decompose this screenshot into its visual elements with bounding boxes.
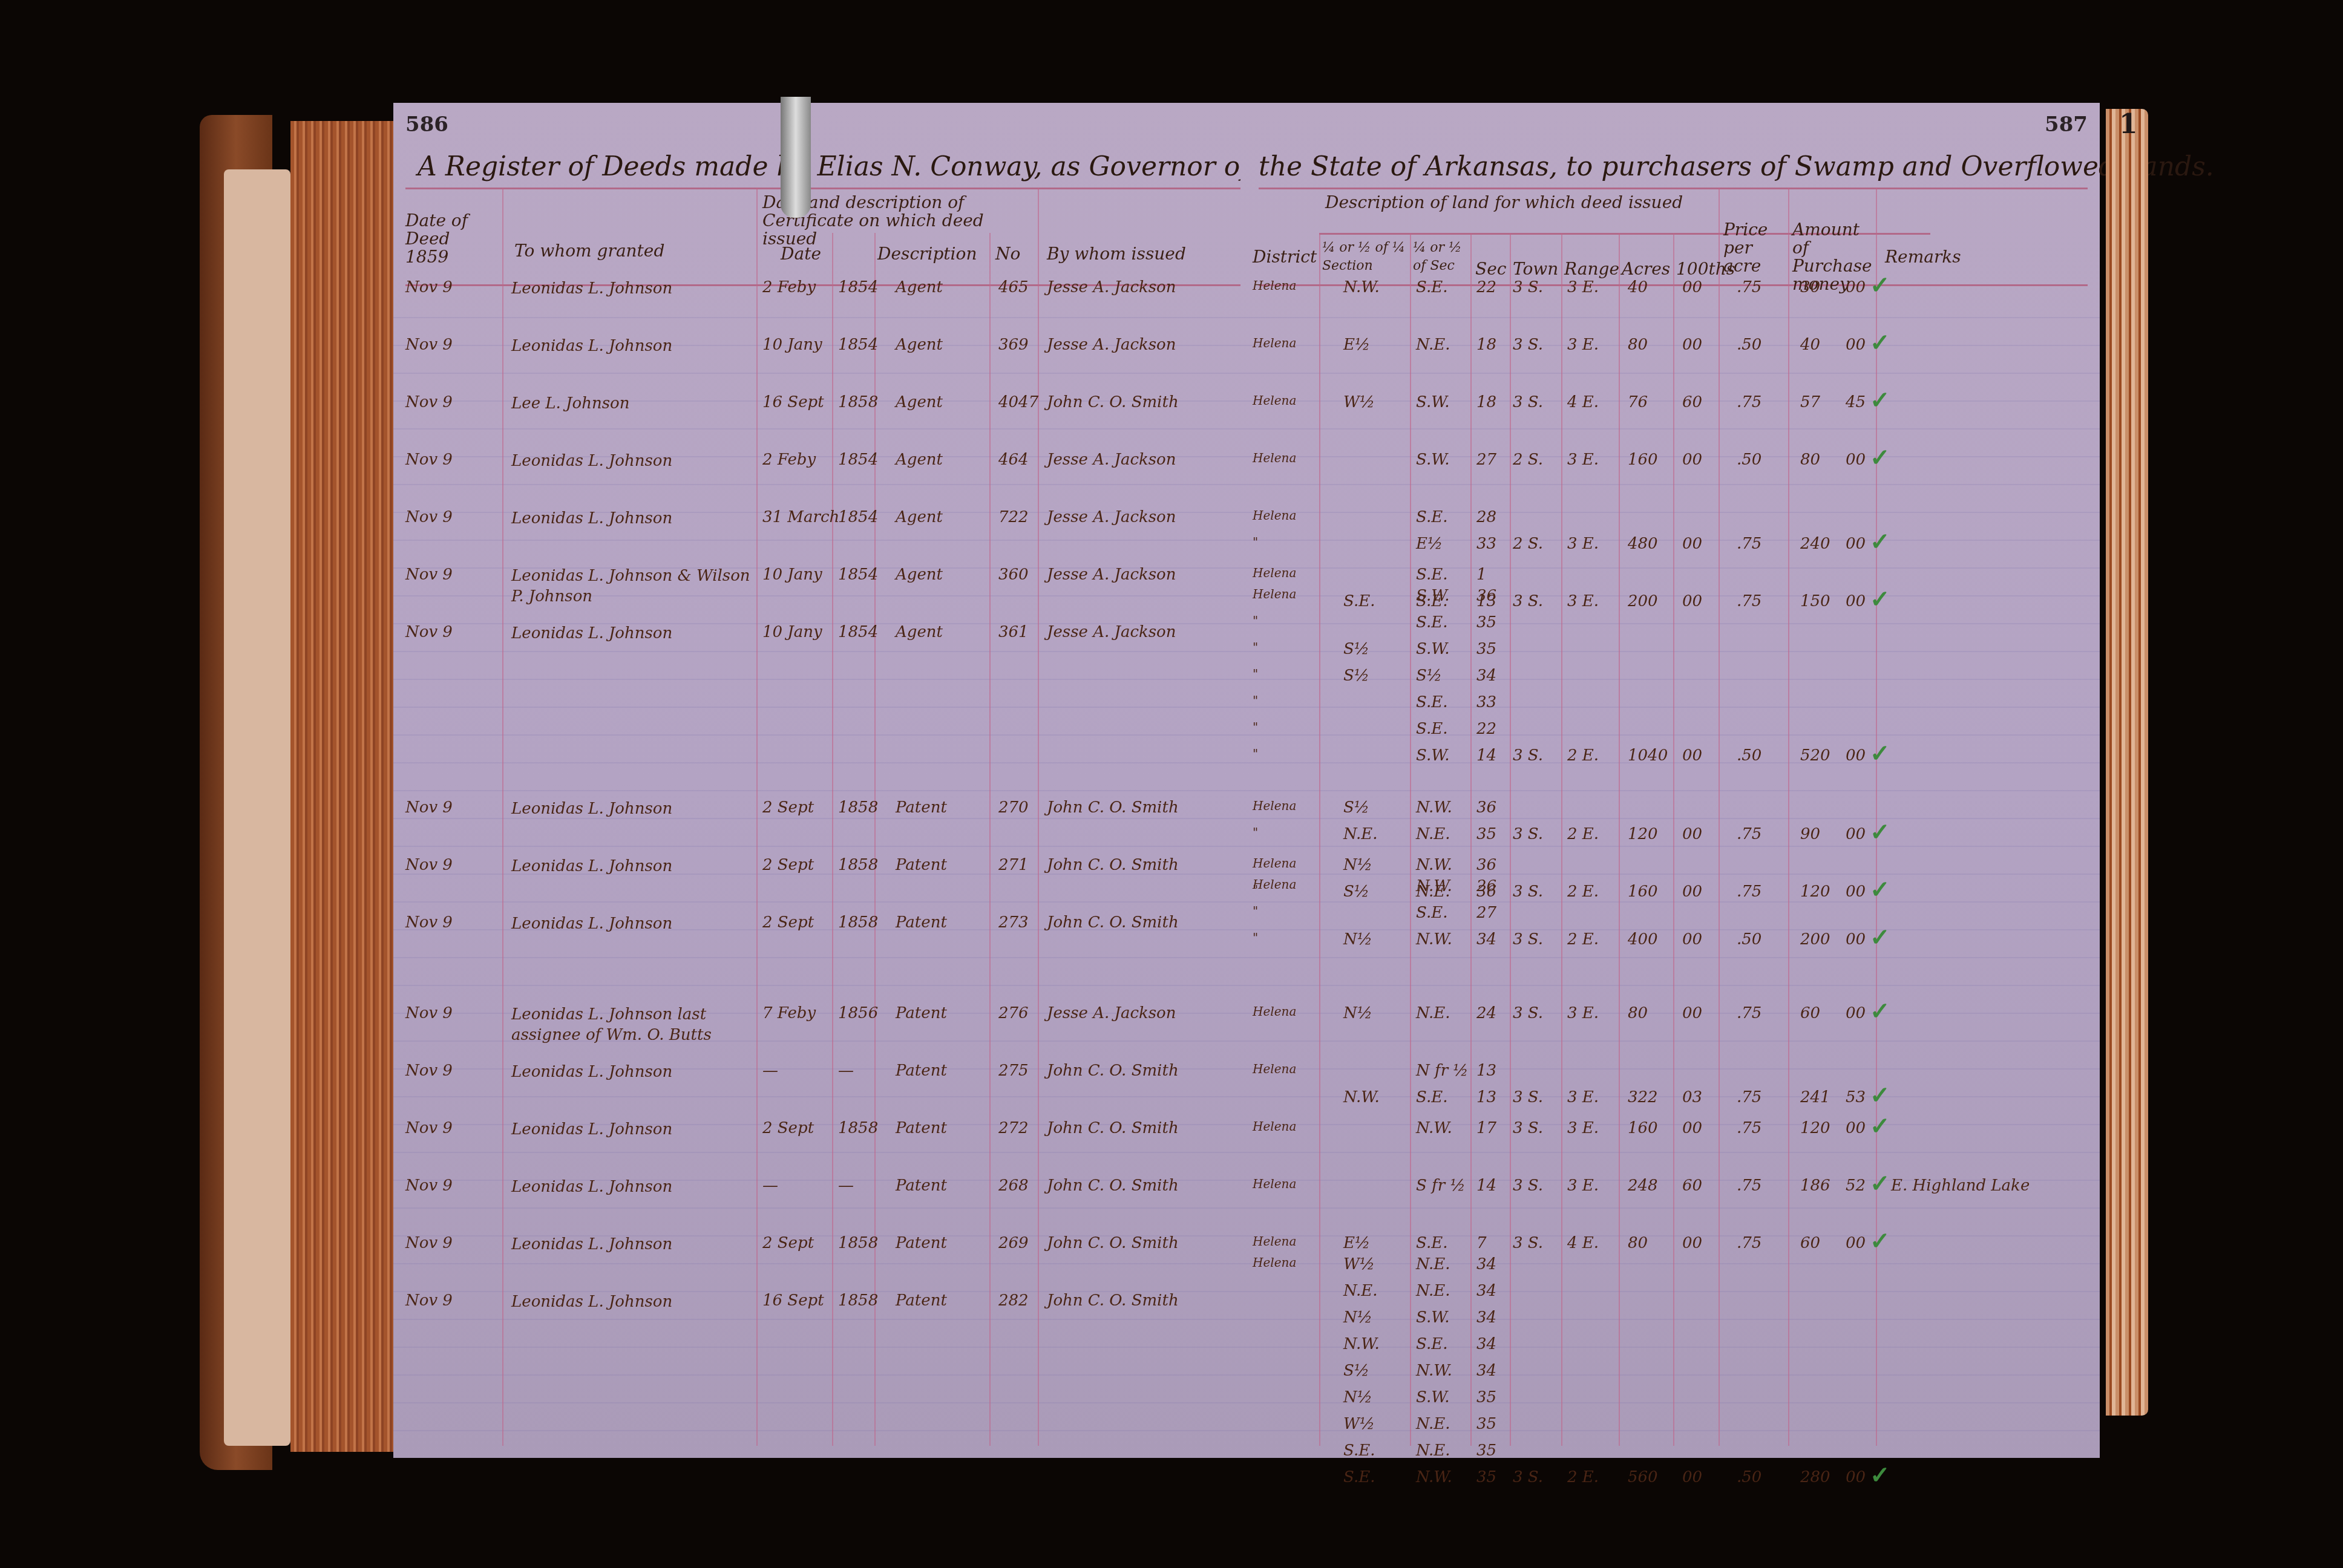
certificate-date: 2 Sept: [762, 1119, 814, 1137]
land-acres-hundredths: 60: [1682, 393, 1702, 411]
land-district: Helena: [1253, 799, 1296, 813]
land-district: Helena: [1253, 587, 1296, 601]
price-per-acre: .75: [1737, 825, 1761, 843]
header-date-of-deed: Date of Deed1859: [405, 212, 496, 266]
green-check-icon: ✓: [1870, 818, 1890, 846]
certificate-year: 1858: [838, 393, 878, 411]
land-quarter-of-sec: S.E.: [1416, 278, 1447, 296]
header-quarter-section: ¼ or ½ of ¼ Section: [1322, 239, 1407, 275]
purchase-cents: 00: [1846, 278, 1866, 296]
land-section: 7: [1476, 1234, 1487, 1252]
land-district: Helena: [1253, 856, 1296, 871]
land-quarter-section: W½: [1343, 1255, 1375, 1273]
purchase-amount: 60: [1800, 1234, 1820, 1252]
certificate-year: 1858: [838, 856, 878, 874]
issued-by: John C. O. Smith: [1047, 1062, 1179, 1080]
certificate-date: 16 Sept: [762, 1292, 824, 1310]
header-to-whom-granted: To whom granted: [514, 242, 664, 260]
issued-by: John C. O. Smith: [1047, 1177, 1179, 1195]
land-acres-hundredths: 00: [1682, 1004, 1702, 1022]
certificate-number: 276: [998, 1004, 1029, 1022]
col-divider: [1673, 233, 1674, 1446]
green-check-icon: ✓: [1870, 386, 1890, 414]
green-check-icon: ✓: [1870, 443, 1890, 472]
certificate-year: 1858: [838, 1292, 878, 1310]
col-divider: [832, 233, 833, 1446]
land-acres-hundredths: 00: [1682, 1468, 1702, 1486]
green-check-icon: ✓: [1870, 875, 1890, 904]
issued-by: Jesse A. Jackson: [1047, 451, 1176, 469]
green-check-icon: ✓: [1870, 997, 1890, 1025]
green-check-icon: ✓: [1870, 328, 1890, 357]
certificate-description: Patent: [896, 1119, 947, 1137]
deed-date: Nov 9: [405, 278, 453, 296]
land-section: 26: [1476, 877, 1496, 895]
land-section: 34: [1476, 667, 1496, 685]
land-section: 35: [1476, 613, 1496, 632]
land-quarter-of-sec: N.E.: [1416, 1415, 1450, 1433]
land-quarter-section: W½: [1343, 393, 1375, 411]
land-quarter-of-sec: S.W.: [1416, 1388, 1450, 1406]
land-quarter-section: S½: [1343, 640, 1369, 658]
grantee-name: Leonidas L. Johnson: [511, 1062, 753, 1082]
purchase-cents: 00: [1846, 451, 1866, 469]
certificate-number: 272: [998, 1119, 1029, 1137]
price-per-acre: .75: [1737, 1004, 1761, 1022]
certificate-date: 10 Jany: [762, 623, 822, 641]
remarks: E. Highland Lake: [1891, 1177, 2030, 1195]
land-section: 35: [1476, 1442, 1496, 1460]
issued-by: John C. O. Smith: [1047, 393, 1179, 411]
right-page: 587 the State of Arkansas, to purchasers…: [1240, 103, 2100, 1458]
price-per-acre: .75: [1737, 1088, 1761, 1106]
land-section: 35: [1476, 1388, 1496, 1406]
land-township: 3 S.: [1513, 1119, 1543, 1137]
land-acres: 248: [1628, 1177, 1658, 1195]
issued-by: Jesse A. Jackson: [1047, 623, 1176, 641]
land-range: 3 E.: [1567, 592, 1599, 610]
purchase-cents: 00: [1846, 825, 1866, 843]
certificate-date: 2 Feby: [762, 278, 816, 296]
deed-date: Nov 9: [405, 623, 453, 641]
certificate-year: 1858: [838, 1234, 878, 1252]
page-number-left: 586: [405, 113, 448, 137]
land-district: ": [1253, 825, 1258, 840]
price-per-acre: .50: [1737, 746, 1761, 765]
land-quarter-section: S½: [1343, 883, 1369, 901]
certificate-date: —: [762, 1062, 778, 1080]
purchase-cents: 00: [1846, 535, 1866, 553]
land-district: Helena: [1253, 1177, 1296, 1191]
deed-date: Nov 9: [405, 1292, 453, 1310]
certificate-number: 270: [998, 799, 1029, 817]
land-acres-hundredths: 00: [1682, 930, 1702, 949]
land-quarter-of-sec: S.W.: [1416, 451, 1450, 469]
land-range: 3 E.: [1567, 336, 1599, 354]
header-acres: Acres: [1622, 260, 1670, 278]
land-quarter-of-sec: N.W.: [1416, 799, 1452, 817]
certificate-description: Patent: [896, 1234, 947, 1252]
header-town: Town: [1513, 260, 1558, 278]
grantee-name: Leonidas L. Johnson: [511, 623, 753, 644]
green-check-icon: ✓: [1870, 1461, 1890, 1489]
flyleaf: [224, 169, 290, 1446]
deed-date: Nov 9: [405, 1119, 453, 1137]
land-section: 14: [1476, 1177, 1496, 1195]
land-quarter-of-sec: N fr ½: [1416, 1062, 1469, 1080]
land-quarter-of-sec: N.W.: [1416, 877, 1452, 895]
header-price-per-acre: Price per acre: [1723, 221, 1784, 275]
page-edges-right: [2106, 109, 2148, 1416]
land-township: 3 S.: [1513, 883, 1543, 901]
land-range: 3 E.: [1567, 1088, 1599, 1106]
land-range: 2 E.: [1567, 1468, 1599, 1486]
green-check-icon: ✓: [1870, 1081, 1890, 1109]
land-section: 35: [1476, 1468, 1496, 1486]
land-quarter-of-sec: N.E.: [1416, 1004, 1450, 1022]
certificate-year: 1858: [838, 913, 878, 932]
land-acres-hundredths: 00: [1682, 451, 1702, 469]
land-quarter-of-sec: N.W.: [1416, 930, 1452, 949]
land-district: Helena: [1253, 877, 1296, 892]
deed-date: Nov 9: [405, 393, 453, 411]
land-section: 22: [1476, 278, 1496, 296]
header-district: District: [1253, 248, 1317, 266]
land-district: ": [1253, 720, 1258, 734]
grantee-name: Leonidas L. Johnson: [511, 799, 753, 819]
land-quarter-of-sec: S.W.: [1416, 1308, 1450, 1327]
land-quarter-of-sec: N.E.: [1416, 1282, 1450, 1300]
green-check-icon: ✓: [1870, 1112, 1890, 1140]
land-range: 4 E.: [1567, 393, 1599, 411]
deed-date: Nov 9: [405, 1234, 453, 1252]
land-range: 3 E.: [1567, 1119, 1599, 1137]
land-section: 28: [1476, 508, 1496, 526]
price-per-acre: .50: [1737, 451, 1761, 469]
land-section: 34: [1476, 1255, 1496, 1273]
land-township: 3 S.: [1513, 592, 1543, 610]
purchase-amount: 57: [1800, 393, 1820, 411]
header-range: Range: [1564, 260, 1619, 278]
certificate-date: 2 Sept: [762, 1234, 814, 1252]
land-acres-hundredths: 00: [1682, 746, 1702, 765]
land-quarter-of-sec: S.E.: [1416, 1335, 1447, 1353]
green-check-icon: ✓: [1870, 528, 1890, 556]
land-section: 35: [1476, 825, 1496, 843]
certificate-date: 10 Jany: [762, 566, 822, 584]
land-acres-hundredths: 00: [1682, 883, 1702, 901]
certificate-description: Agent: [896, 566, 943, 584]
land-acres: 160: [1628, 883, 1658, 901]
land-acres: 400: [1628, 930, 1658, 949]
land-district: ": [1253, 904, 1258, 918]
purchase-cents: 00: [1846, 1119, 1866, 1137]
grantee-name: Leonidas L. Johnson: [511, 1234, 753, 1255]
land-township: 3 S.: [1513, 336, 1543, 354]
purchase-amount: 520: [1800, 746, 1830, 765]
land-section: 35: [1476, 1415, 1496, 1433]
land-range: 4 E.: [1567, 1234, 1599, 1252]
purchase-cents: 00: [1846, 336, 1866, 354]
land-acres: 80: [1628, 1234, 1648, 1252]
certificate-number: 268: [998, 1177, 1029, 1195]
price-per-acre: .75: [1737, 1234, 1761, 1252]
land-quarter-of-sec: S.W.: [1416, 587, 1450, 605]
certificate-number: 369: [998, 336, 1029, 354]
land-section: 35: [1476, 640, 1496, 658]
land-quarter-of-sec: S.E.: [1416, 1088, 1447, 1106]
land-quarter-of-sec: S.W.: [1416, 746, 1450, 765]
certificate-number: 269: [998, 1234, 1029, 1252]
certificate-description: Agent: [896, 278, 943, 296]
land-township: 3 S.: [1513, 1177, 1543, 1195]
land-quarter-section: S.E.: [1343, 1468, 1375, 1486]
title-left: A Register of Deeds made by Elias N. Con…: [418, 151, 1250, 182]
certificate-description: Patent: [896, 913, 947, 932]
issued-by: Jesse A. Jackson: [1047, 508, 1176, 526]
deed-date: Nov 9: [405, 1062, 453, 1080]
issued-by: John C. O. Smith: [1047, 1292, 1179, 1310]
land-quarter-section: N.E.: [1343, 825, 1378, 843]
col-divider: [1470, 233, 1472, 1446]
land-section: 33: [1476, 693, 1496, 711]
issued-by: Jesse A. Jackson: [1047, 278, 1176, 296]
certificate-year: 1854: [838, 451, 878, 469]
land-township: 3 S.: [1513, 393, 1543, 411]
purchase-amount: 60: [1800, 1004, 1820, 1022]
land-quarter-of-sec: S.E.: [1416, 508, 1447, 526]
land-section: 13: [1476, 1088, 1496, 1106]
land-acres-hundredths: 03: [1682, 1088, 1702, 1106]
land-quarter-of-sec: S.E.: [1416, 613, 1447, 632]
land-quarter-section: N½: [1343, 930, 1372, 949]
col-divider: [1510, 233, 1511, 1446]
land-acres-hundredths: 60: [1682, 1177, 1702, 1195]
land-acres: 120: [1628, 825, 1658, 843]
land-quarter-section: S½: [1343, 1362, 1369, 1380]
deed-date: Nov 9: [405, 856, 453, 874]
col-divider: [1876, 188, 1877, 1446]
land-section: 34: [1476, 1362, 1496, 1380]
certificate-number: 722: [998, 508, 1029, 526]
certificate-date: 16 Sept: [762, 393, 824, 411]
price-per-acre: .50: [1737, 1468, 1761, 1486]
price-per-acre: .75: [1737, 393, 1761, 411]
certificate-year: 1854: [838, 278, 878, 296]
deed-date: Nov 9: [405, 913, 453, 932]
land-acres: 322: [1628, 1088, 1658, 1106]
grantee-name: Leonidas L. Johnson: [511, 1119, 753, 1140]
land-range: 2 E.: [1567, 746, 1599, 765]
purchase-cents: 00: [1846, 930, 1866, 949]
land-township: 3 S.: [1513, 1004, 1543, 1022]
header-cert-date: Date: [781, 245, 821, 263]
deed-date: Nov 9: [405, 336, 453, 354]
metal-bookmark-clip: [781, 97, 811, 218]
price-per-acre: .75: [1737, 535, 1761, 553]
land-township: 3 S.: [1513, 930, 1543, 949]
purchase-amount: 241: [1800, 1088, 1830, 1106]
certificate-year: 1858: [838, 799, 878, 817]
issued-by: Jesse A. Jackson: [1047, 336, 1176, 354]
land-range: 3 E.: [1567, 1004, 1599, 1022]
land-acres-hundredths: 00: [1682, 535, 1702, 553]
land-district: ": [1253, 930, 1258, 945]
certificate-year: 1854: [838, 508, 878, 526]
land-acres: 80: [1628, 336, 1648, 354]
purchase-cents: 00: [1846, 1234, 1866, 1252]
land-township: 3 S.: [1513, 825, 1543, 843]
land-quarter-section: N.W.: [1343, 278, 1380, 296]
land-quarter-section: N.E.: [1343, 1282, 1378, 1300]
header-land-group: Description of land for which deed issue…: [1325, 194, 1683, 212]
certificate-description: Patent: [896, 856, 947, 874]
land-section: 18: [1476, 336, 1496, 354]
land-range: 3 E.: [1567, 451, 1599, 469]
certificate-number: 464: [998, 451, 1029, 469]
title-rule: [1259, 188, 2088, 189]
land-district: ": [1253, 640, 1258, 655]
issued-by: John C. O. Smith: [1047, 1119, 1179, 1137]
header-cert-no: No: [995, 245, 1020, 263]
land-section: 13: [1476, 1062, 1496, 1080]
grantee-name: Leonidas L. Johnson: [511, 1292, 753, 1312]
certificate-description: Patent: [896, 799, 947, 817]
land-district: Helena: [1253, 1255, 1296, 1270]
land-section: 24: [1476, 1004, 1496, 1022]
col-divider: [1719, 188, 1720, 1446]
land-acres: 76: [1628, 393, 1648, 411]
green-check-icon: ✓: [1870, 1169, 1890, 1198]
land-quarter-section: S.E.: [1343, 592, 1375, 610]
certificate-number: 275: [998, 1062, 1029, 1080]
certificate-number: 271: [998, 856, 1029, 874]
land-quarter-of-sec: N.E.: [1416, 1442, 1450, 1460]
land-section: 27: [1476, 904, 1496, 922]
land-quarter-of-sec: E½: [1416, 535, 1443, 553]
certificate-date: 2 Feby: [762, 451, 816, 469]
land-township: 3 S.: [1513, 1468, 1543, 1486]
certificate-description: Patent: [896, 1004, 947, 1022]
purchase-cents: 00: [1846, 746, 1866, 765]
land-section: 34: [1476, 1335, 1496, 1353]
issued-by: John C. O. Smith: [1047, 856, 1179, 874]
land-section: 27: [1476, 451, 1496, 469]
grantee-name: Leonidas L. Johnson & Wilson P. Johnson: [511, 566, 753, 607]
land-district: Helena: [1253, 1119, 1296, 1134]
purchase-cents: 00: [1846, 1468, 1866, 1486]
header-sec: Sec: [1475, 260, 1506, 278]
certificate-description: Agent: [896, 623, 943, 641]
land-range: 2 E.: [1567, 930, 1599, 949]
price-per-acre: .75: [1737, 883, 1761, 901]
certificate-number: 360: [998, 566, 1029, 584]
land-township: 2 S.: [1513, 535, 1543, 553]
certificate-date: —: [762, 1177, 778, 1195]
land-district: Helena: [1253, 451, 1296, 465]
price-per-acre: .75: [1737, 278, 1761, 296]
land-quarter-section: N.W.: [1343, 1335, 1380, 1353]
certificate-number: 273: [998, 913, 1029, 932]
issued-by: John C. O. Smith: [1047, 913, 1179, 932]
land-range: 2 E.: [1567, 883, 1599, 901]
certificate-number: 4047: [998, 393, 1038, 411]
price-per-acre: .50: [1737, 930, 1761, 949]
issued-by: Jesse A. Jackson: [1047, 1004, 1176, 1022]
land-district: Helena: [1253, 508, 1296, 523]
price-per-acre: .75: [1737, 592, 1761, 610]
grantee-name: Leonidas L. Johnson: [511, 278, 753, 299]
land-quarter-section: N.W.: [1343, 1088, 1380, 1106]
purchase-amount: 120: [1800, 1119, 1830, 1137]
land-township: 3 S.: [1513, 1088, 1543, 1106]
col-divider: [1561, 233, 1562, 1446]
land-quarter-section: S½: [1343, 799, 1369, 817]
col-divider: [1410, 233, 1411, 1446]
issued-by: John C. O. Smith: [1047, 1234, 1179, 1252]
land-district: Helena: [1253, 566, 1296, 580]
land-acres: 160: [1628, 451, 1658, 469]
certificate-year: 1854: [838, 336, 878, 354]
land-acres-hundredths: 00: [1682, 825, 1702, 843]
purchase-cents: 00: [1846, 592, 1866, 610]
header-cert-description: Description: [877, 245, 977, 263]
land-township: 3 S.: [1513, 1234, 1543, 1252]
land-section: 34: [1476, 1308, 1496, 1327]
land-section: 18: [1476, 393, 1496, 411]
land-section: 22: [1476, 720, 1496, 738]
next-page-number: 1: [2119, 109, 2138, 140]
land-section: 36: [1476, 856, 1496, 874]
col-divider: [756, 188, 758, 1446]
land-range: 3 E.: [1567, 535, 1599, 553]
deed-date: Nov 9: [405, 1004, 453, 1022]
certificate-year: —: [838, 1177, 854, 1195]
land-quarter-of-sec: S.E.: [1416, 693, 1447, 711]
col-divider: [989, 233, 991, 1446]
col-divider: [1038, 188, 1039, 1446]
certificate-description: Agent: [896, 393, 943, 411]
certificate-year: 1854: [838, 623, 878, 641]
land-district: ": [1253, 535, 1258, 549]
purchase-amount: 186: [1800, 1177, 1830, 1195]
land-quarter-of-sec: N.W.: [1416, 1119, 1452, 1137]
purchase-amount: 120: [1800, 883, 1830, 901]
grantee-name: Leonidas L. Johnson last assignee of Wm.…: [511, 1004, 753, 1045]
purchase-amount: 200: [1800, 930, 1830, 949]
certificate-description: Agent: [896, 508, 943, 526]
land-quarter-of-sec: N.W.: [1416, 1468, 1452, 1486]
grantee-name: Leonidas L. Johnson: [511, 451, 753, 471]
land-section: 34: [1476, 930, 1496, 949]
purchase-amount: 150: [1800, 592, 1830, 610]
land-township: 3 S.: [1513, 746, 1543, 765]
certificate-date: 31 March: [762, 508, 839, 526]
land-district: ": [1253, 613, 1258, 628]
purchase-cents: 00: [1846, 883, 1866, 901]
col-divider: [1788, 188, 1789, 1446]
certificate-year: 1856: [838, 1004, 878, 1022]
land-quarter-of-sec: S.E.: [1416, 566, 1447, 584]
land-quarter-of-sec: N.E.: [1416, 825, 1450, 843]
land-district: Helena: [1253, 1004, 1296, 1019]
col-divider: [874, 233, 876, 1446]
certificate-date: 10 Jany: [762, 336, 822, 354]
issued-by: Jesse A. Jackson: [1047, 566, 1176, 584]
land-acres: 40: [1628, 278, 1648, 296]
grantee-name: Leonidas L. Johnson: [511, 508, 753, 529]
certificate-year: —: [838, 1062, 854, 1080]
